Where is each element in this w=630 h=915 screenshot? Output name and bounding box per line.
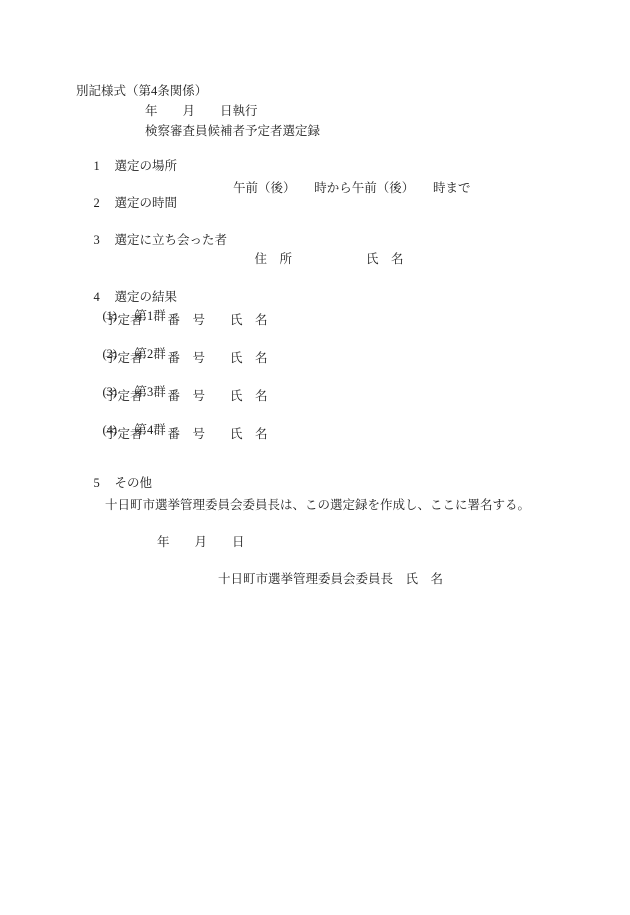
column-name: 氏 名 — [366, 252, 404, 266]
section-1-label: 選定の場所 — [115, 159, 178, 173]
section-5-number: 5 — [94, 476, 115, 491]
section-3-label: 選定に立ち会った者 — [115, 233, 228, 247]
execution-date-line: 年 月 日執行 — [145, 104, 258, 119]
group-2-row: 予定者 番 号 氏 名 — [105, 351, 268, 366]
closing-sentence: 十日町市選挙管理委員会委員長は、この選定録を作成し、ここに署名する。 — [105, 498, 530, 513]
section-2-label: 選定の時間 — [115, 196, 178, 210]
section-2-number: 2 — [94, 196, 115, 211]
column-address: 住 所 — [255, 252, 293, 266]
section-3-number: 3 — [94, 233, 115, 248]
section-3-witnesses: 3選定に立ち会った者 — [81, 218, 227, 263]
group-1-row: 予定者 番 号 氏 名 — [105, 313, 268, 328]
section-3-columns: 住 所氏 名 — [242, 237, 404, 282]
document-title: 検察審査員候補者予定者選定録 — [145, 124, 320, 139]
document-page: 別記様式（第4条関係） 年 月 日執行 検察審査員候補者予定者選定録 1選定の場… — [0, 0, 630, 915]
section-2-time-detail: 午前（後） 時から午前（後） 時まで — [233, 181, 471, 196]
signature-line: 十日町市選挙管理委員会委員長 氏 名 — [218, 572, 443, 587]
signature-date-line: 年 月 日 — [157, 535, 245, 550]
group-4-row: 予定者 番 号 氏 名 — [105, 427, 268, 442]
section-1-number: 1 — [94, 159, 115, 174]
section-5-label: その他 — [115, 476, 153, 490]
form-note: 別記様式（第4条関係） — [76, 84, 207, 99]
group-3-row: 予定者 番 号 氏 名 — [105, 389, 268, 404]
